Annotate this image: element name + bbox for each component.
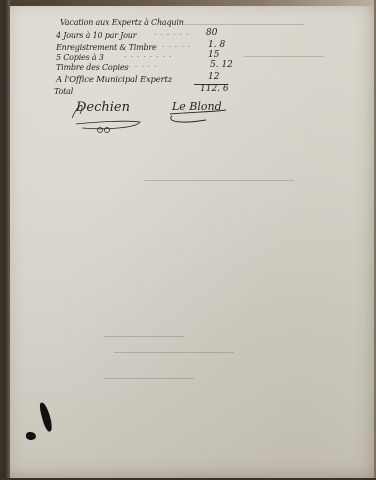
bleed-through-line	[104, 378, 194, 379]
leader-dots: · · · · ·	[162, 43, 191, 51]
leader-dots: · · · · · ·	[154, 31, 189, 39]
ink-blot	[26, 432, 36, 440]
leader-dots: · · · · · ·	[122, 63, 157, 71]
left-edge-shadow	[4, 0, 10, 478]
signature-flourish-icon	[162, 100, 232, 126]
bleed-through-line	[114, 352, 234, 353]
top-edge-stain	[4, 0, 374, 6]
entry-label: 5 Copies à 3	[56, 53, 104, 63]
leader-dots: · · · · · · · ·	[124, 53, 172, 61]
entry-amount: 80	[206, 28, 217, 38]
bleed-through-line	[244, 56, 324, 57]
signature-flourish-icon	[66, 96, 146, 136]
entry-label: Timbre des Copies	[56, 63, 128, 73]
document-page: Vacation aux Expertz à Chaquin 4 Jours à…	[4, 0, 376, 478]
entry-label: 4 Jours à 10 par Jour	[56, 31, 136, 41]
bleed-through-line	[104, 336, 184, 337]
ink-blot	[38, 401, 53, 432]
entry-amount: 15	[208, 50, 219, 60]
bleed-through-line	[184, 24, 304, 25]
entry-amount: 1. 8	[208, 40, 225, 50]
entry-amount: 12	[208, 72, 219, 82]
entry-label: Enregistrement & Timbre	[56, 43, 157, 53]
entry-heading: Vacation aux Expertz à Chaquin	[60, 18, 184, 28]
entry-label: A l'Office Municipal Expertz	[56, 75, 172, 85]
bleed-through-line	[144, 180, 294, 181]
entry-amount: 5. 12	[210, 60, 233, 70]
total-amount: 112. 6	[200, 84, 229, 94]
